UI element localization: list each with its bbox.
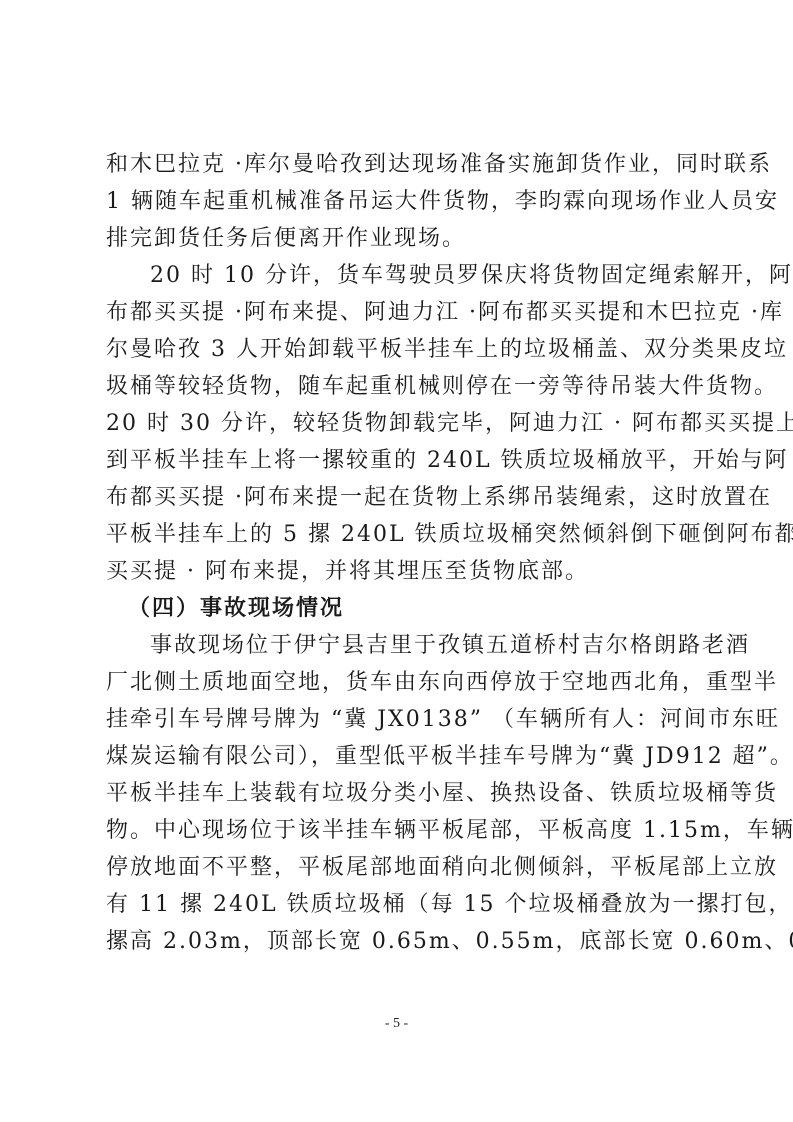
paragraph-continuation: 和木巴拉克 ·库尔曼哈孜到达现场准备实施卸货作业，同时联系 1 辆随车起重机械准… [106,146,693,257]
paragraph-accident-scene: 事故现场位于伊宁县吉里于孜镇五道桥村吉尔格朗路老酒 厂北侧土质地面空地，货车由东… [106,627,693,960]
text-line: 布都买买提 ·阿布来提、阿迪力江 ·阿布都买买提和木巴拉克 ·库 [106,294,693,331]
text-line: 20 时 30 分许，较轻货物卸载完毕，阿迪力江 · 阿布都买买提上 [106,405,693,442]
text-line: 圾桶等较轻货物，随车起重机械则停在一旁等待吊装大件货物。 [106,368,693,405]
text-line: 煤炭运输有限公司），重型低平板半挂车号牌为“冀 JD912 超”。 [106,738,693,775]
text-line: 挂牵引车号牌号牌为 “冀 JX0138” （车辆所有人：河间市东旺 [106,701,693,738]
text-line: 排完卸货任务后便离开作业现场。 [106,220,693,257]
text-line: 摞高 2.03m，顶部长宽 0.65m、0.55m，底部长宽 0.60m、0.5… [106,923,693,960]
text-line: 有 11 摞 240L 铁质垃圾桶（每 15 个垃圾桶叠放为一摞打包，每 [106,886,693,923]
text-line: 20 时 10 分许，货车驾驶员罗保庆将货物固定绳索解开，阿 [106,257,693,294]
text-line: 厂北侧土质地面空地，货车由东向西停放于空地西北角，重型半 [106,664,693,701]
text-line: 布都买买提 ·阿布来提一起在货物上系绑吊装绳索，这时放置在 [106,479,693,516]
text-line: 平板半挂车上的 5 摞 240L 铁质垃圾桶突然倾斜倒下砸倒阿布都 [106,516,693,553]
text-line: 1 辆随车起重机械准备吊运大件货物，李昀霖向现场作业人员安 [106,183,693,220]
page-number: - 5 - [0,1016,793,1032]
text-line: 物。中心现场位于该半挂车辆平板尾部，平板高度 1.15m，车辆 [106,812,693,849]
paragraph-unloading-sequence: 20 时 10 分许，货车驾驶员罗保庆将货物固定绳索解开，阿 布都买买提 ·阿布… [106,257,693,590]
text-line: 和木巴拉克 ·库尔曼哈孜到达现场准备实施卸货作业，同时联系 [106,146,693,183]
section-heading: （四）事故现场情况 [106,590,693,627]
text-line: 事故现场位于伊宁县吉里于孜镇五道桥村吉尔格朗路老酒 [106,627,693,664]
document-page: 和木巴拉克 ·库尔曼哈孜到达现场准备实施卸货作业，同时联系 1 辆随车起重机械准… [106,146,693,960]
text-line: 买买提 · 阿布来提，并将其埋压至货物底部。 [106,553,693,590]
text-line: 停放地面不平整，平板尾部地面稍向北侧倾斜，平板尾部上立放 [106,849,693,886]
text-line: 尔曼哈孜 3 人开始卸载平板半挂车上的垃圾桶盖、双分类果皮垃 [106,331,693,368]
text-line: 到平板半挂车上将一摞较重的 240L 铁质垃圾桶放平，开始与阿 [106,442,693,479]
text-line: 平板半挂车上装载有垃圾分类小屋、换热设备、铁质垃圾桶等货 [106,775,693,812]
